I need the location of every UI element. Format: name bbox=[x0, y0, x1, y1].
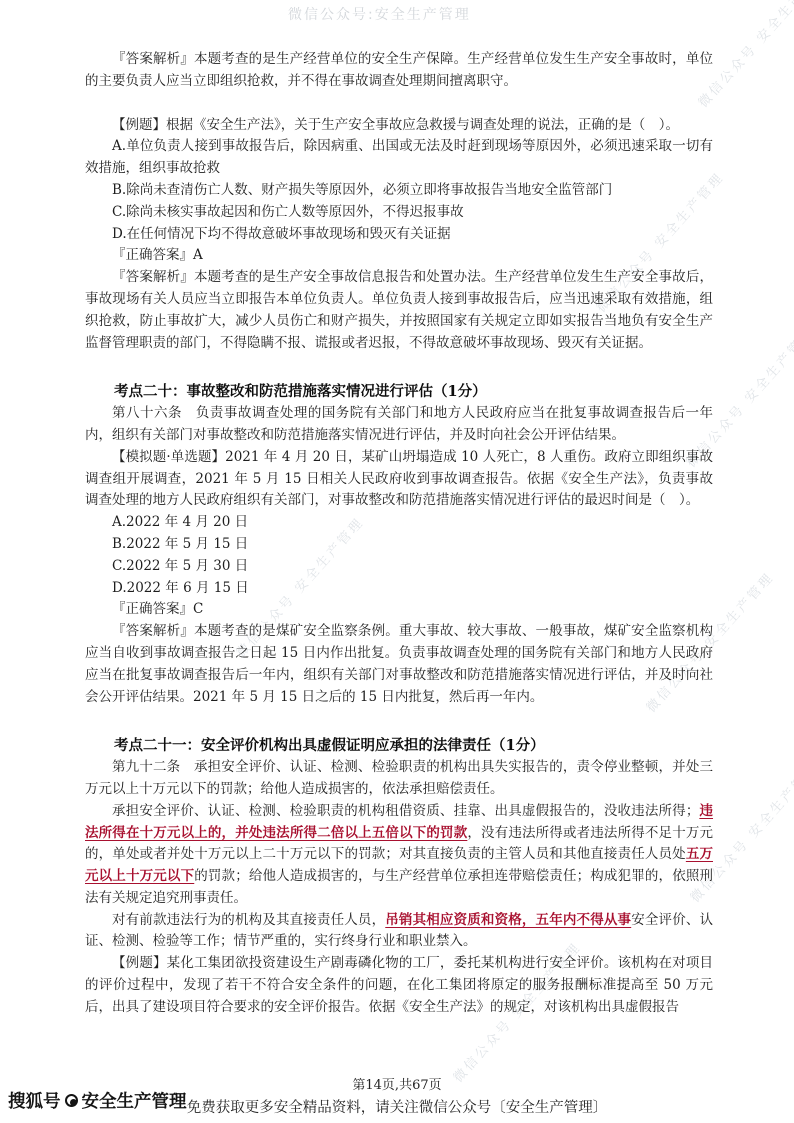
option-b: B.2022 年 5 月 15 日 bbox=[85, 534, 713, 556]
question-stem: 【模拟题·单选题】2021 年 4 月 20 日，某矿山坍塌造成 10 人死亡，… bbox=[85, 447, 713, 512]
answer-analysis-paragraph: 『答案解析』本题考查的是生产安全事故信息报告和处置办法。生产经营单位发生生产安全… bbox=[85, 267, 713, 354]
law-article-92-p1: 第九十二条 承担安全评价、认证、检测、检验职责的机构出具失实报告的，责令停业整顿… bbox=[85, 757, 713, 801]
topic-21-heading: 考点二十一：安全评价机构出具虚假证明应承担的法律责任（1分） bbox=[85, 735, 713, 757]
sohu-logo-prefix: 搜狐号 bbox=[8, 1088, 61, 1113]
sohu-logo-suffix: 安全生产管理 bbox=[82, 1088, 187, 1113]
sohu-account-logo: 搜狐号 安全生产管理 bbox=[8, 1088, 187, 1113]
watermark-top: 微信公众号:安全生产管理 bbox=[288, 4, 471, 24]
option-d: D.在任何情况下均不得故意破坏事故现场和毁灭有关证据 bbox=[85, 224, 713, 246]
option-c: C.2022 年 5 月 30 日 bbox=[85, 556, 713, 578]
option-a: A.2022 年 4 月 20 日 bbox=[85, 512, 713, 534]
option-d: D.2022 年 6 月 15 日 bbox=[85, 578, 713, 600]
correct-answer: 『正确答案』C bbox=[85, 599, 713, 621]
law-article-86: 第八十六条 负责事故调查处理的国务院有关部门和地方人民政府应当在批复事故调查报告… bbox=[85, 403, 713, 447]
question-stem: 【例题】根据《安全生产法》，关于生产安全事故应急救援与调查处理的说法，正确的是（… bbox=[85, 115, 713, 137]
correct-answer: 『正确答案』A bbox=[85, 245, 713, 267]
law-article-92-p2: 承担安全评价、认证、检测、检验职责的机构租借资质、挂靠、出具虚假报告的，没收违法… bbox=[85, 801, 713, 910]
law-article-92-p3: 对有前款违法行为的机构及其直接责任人员，吊销其相应资质和资格，五年内不得从事安全… bbox=[85, 910, 713, 954]
document-body: 『答案解析』本题考查的是生产经营单位的安全生产保障。生产经营单位发生生产安全事故… bbox=[85, 49, 713, 1019]
option-a: A.单位负责人接到事故报告后，除因病重、出国或无法及时赶到现场等原因外，必须迅速… bbox=[85, 136, 713, 180]
example-question: 【例题】某化工集团欲投资建设生产剧毒磷化物的工厂，委托某机构进行安全评价。该机构… bbox=[85, 953, 713, 1018]
answer-analysis-paragraph: 『答案解析』本题考查的是煤矿安全监察条例。重大事故、较大事故、一般事故，煤矿安全… bbox=[85, 621, 713, 708]
topic-20-heading: 考点二十：事故整改和防范措施落实情况进行评估（1分） bbox=[85, 381, 713, 403]
sohu-circle-icon bbox=[65, 1094, 78, 1107]
answer-analysis-paragraph: 『答案解析』本题考查的是生产经营单位的安全生产保障。生产经营单位发生生产安全事故… bbox=[85, 49, 713, 93]
highlighted-text: 吊销其相应资质和资格，五年内不得从事 bbox=[385, 912, 631, 928]
text-segment: 对有前款违法行为的机构及其直接责任人员， bbox=[112, 912, 385, 928]
option-b: B.除尚未查清伤亡人数、财产损失等原因外，必须立即将事故报告当地安全监管部门 bbox=[85, 180, 713, 202]
option-c: C.除尚未核实事故起因和伤亡人数等原因外，不得迟报事故 bbox=[85, 202, 713, 224]
text-segment: 承担安全评价、认证、检测、检验职责的机构租借资质、挂靠、出具虚假报告的，没收违法… bbox=[112, 803, 699, 819]
